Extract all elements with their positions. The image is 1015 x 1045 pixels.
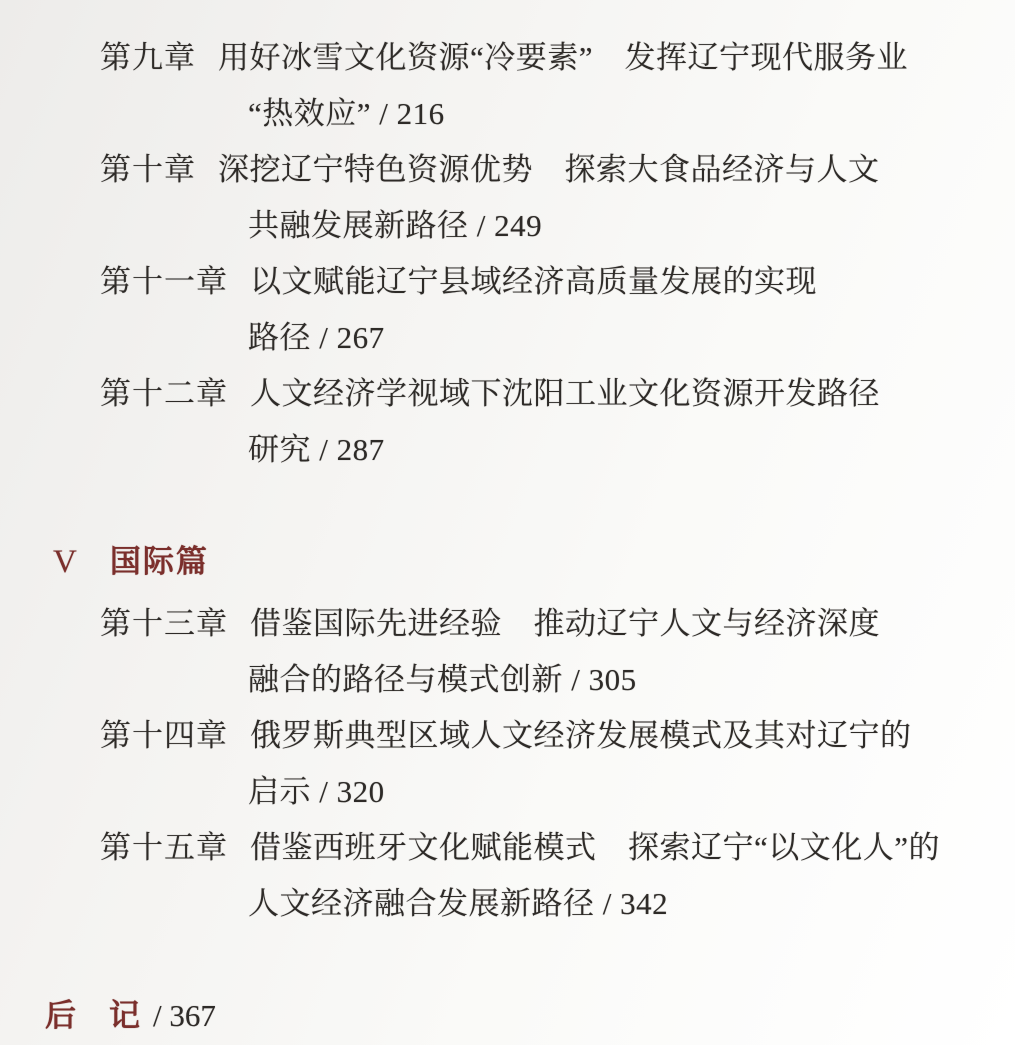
chapter-title: 深挖辽宁特色资源优势 探索大食品经济与人文	[218, 142, 880, 198]
chapter-title-continuation: “热效应” / 216	[100, 86, 1015, 142]
section-label: 国际篇	[110, 544, 209, 579]
chapter-title-continuation: 路径 / 267	[100, 310, 1015, 366]
chapter-number: 第十一章	[100, 254, 228, 310]
chapter-title: 用好冰雪文化资源“冷要素” 发挥辽宁现代服务业	[218, 30, 908, 86]
toc-entry-line1: 第十五章借鉴西班牙文化赋能模式 探索辽宁“以文化人”的	[100, 820, 1015, 876]
section-numeral: V	[53, 544, 77, 580]
toc-entries-part1: 第九章用好冰雪文化资源“冷要素” 发挥辽宁现代服务业“热效应” / 216第十章…	[0, 30, 1015, 478]
chapter-title: 借鉴西班牙文化赋能模式 探索辽宁“以文化人”的	[250, 820, 940, 876]
toc-entry: 第十一章以文赋能辽宁县域经济高质量发展的实现路径 / 267	[0, 254, 1015, 366]
toc-entry: 第十章深挖辽宁特色资源优势 探索大食品经济与人文共融发展新路径 / 249	[0, 142, 1015, 254]
chapter-title: 俄罗斯典型区域人文经济发展模式及其对辽宁的	[250, 708, 912, 764]
chapter-title: 借鉴国际先进经验 推动辽宁人文与经济深度	[250, 596, 880, 652]
chapter-title: 人文经济学视域下沈阳工业文化资源开发路径	[250, 366, 880, 422]
toc-entry: 第十四章俄罗斯典型区域人文经济发展模式及其对辽宁的启示 / 320	[0, 708, 1015, 820]
afterword-page-number: / 367	[153, 998, 216, 1033]
chapter-number: 第九章	[100, 30, 196, 86]
chapter-number: 第十五章	[100, 820, 228, 876]
afterword-label: 后 记	[45, 998, 141, 1033]
toc-entry-line1: 第十二章人文经济学视域下沈阳工业文化资源开发路径	[100, 366, 1015, 422]
chapter-number: 第十四章	[100, 708, 228, 764]
chapter-title-continuation: 人文经济融合发展新路径 / 342	[100, 876, 1015, 932]
toc-entry: 第十二章人文经济学视域下沈阳工业文化资源开发路径研究 / 287	[0, 366, 1015, 478]
section-header-international: V国际篇	[0, 534, 1015, 596]
toc-entry-line1: 第十一章以文赋能辽宁县域经济高质量发展的实现	[100, 254, 1015, 310]
toc-entry: 第十三章借鉴国际先进经验 推动辽宁人文与经济深度融合的路径与模式创新 / 305	[0, 596, 1015, 708]
toc-entry: 第十五章借鉴西班牙文化赋能模式 探索辽宁“以文化人”的人文经济融合发展新路径 /…	[0, 820, 1015, 932]
toc-entry-line1: 第九章用好冰雪文化资源“冷要素” 发挥辽宁现代服务业	[100, 30, 1015, 86]
chapter-title-continuation: 研究 / 287	[100, 422, 1015, 478]
chapter-title-continuation: 共融发展新路径 / 249	[100, 198, 1015, 254]
toc-content: 第九章用好冰雪文化资源“冷要素” 发挥辽宁现代服务业“热效应” / 216第十章…	[0, 0, 1015, 1045]
chapter-title-continuation: 融合的路径与模式创新 / 305	[100, 652, 1015, 708]
toc-page: 第九章用好冰雪文化资源“冷要素” 发挥辽宁现代服务业“热效应” / 216第十章…	[0, 0, 1015, 1045]
chapter-number: 第十二章	[100, 366, 228, 422]
chapter-number: 第十章	[100, 142, 196, 198]
toc-entry-line1: 第十四章俄罗斯典型区域人文经济发展模式及其对辽宁的	[100, 708, 1015, 764]
toc-entries-part2: 第十三章借鉴国际先进经验 推动辽宁人文与经济深度融合的路径与模式创新 / 305…	[0, 596, 1015, 932]
chapter-title: 以文赋能辽宁县域经济高质量发展的实现	[250, 254, 817, 310]
chapter-title-continuation: 启示 / 320	[100, 764, 1015, 820]
afterword-row: 后 记/ 367	[0, 988, 1015, 1045]
toc-entry-line1: 第十章深挖辽宁特色资源优势 探索大食品经济与人文	[100, 142, 1015, 198]
toc-entry-line1: 第十三章借鉴国际先进经验 推动辽宁人文与经济深度	[100, 596, 1015, 652]
chapter-number: 第十三章	[100, 596, 228, 652]
toc-entry: 第九章用好冰雪文化资源“冷要素” 发挥辽宁现代服务业“热效应” / 216	[0, 30, 1015, 142]
